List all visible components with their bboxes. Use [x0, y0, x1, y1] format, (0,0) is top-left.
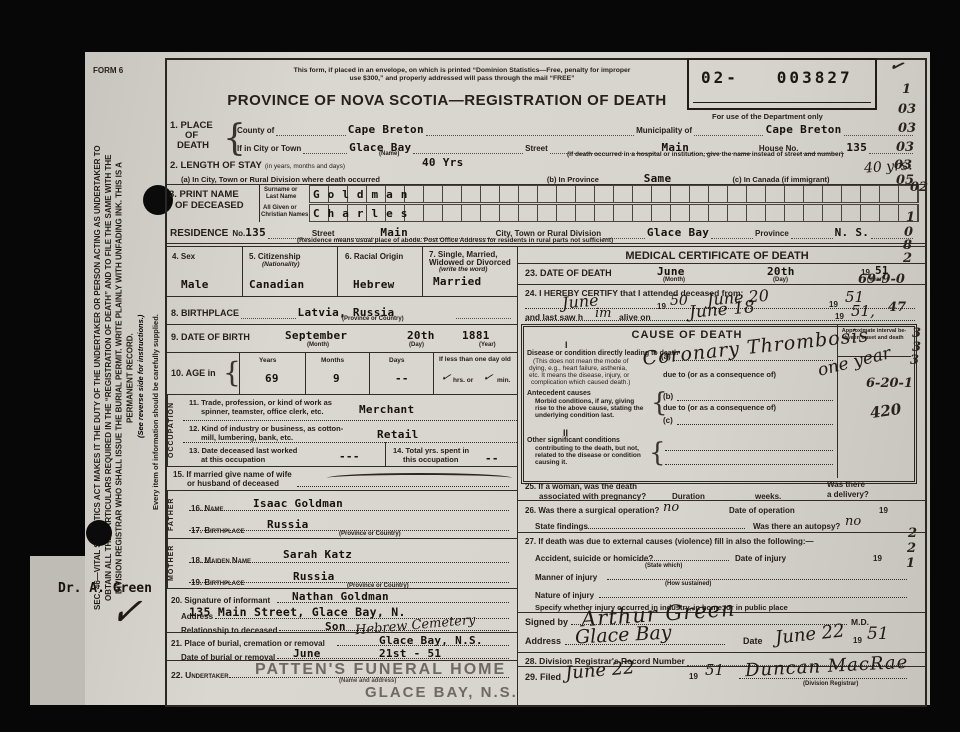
dotted-line: [276, 133, 345, 136]
due-to-2: due to (or as a consequence of): [663, 403, 776, 412]
manner-label: Manner of injury: [535, 573, 597, 582]
margin-note: 03: [898, 102, 916, 117]
injury-date-label: Date of injury: [735, 554, 786, 563]
field14-label-l2: this occupation: [403, 455, 458, 464]
accident-label: Accident, suicide or homicide?: [535, 554, 653, 563]
county-value: Cape Breton: [348, 123, 424, 136]
residence-province-value: N. S.: [835, 226, 870, 239]
field26-label: 26. Was there a surgical operation?: [525, 506, 659, 515]
county-line: County of Cape Breton Municipality of Ca…: [237, 123, 915, 136]
margin-note: 1: [906, 556, 915, 571]
field6-label: 6. Racial Origin: [345, 252, 403, 261]
due-to-1: due to (or as a consequence of): [663, 370, 776, 379]
margin-note: 02: [910, 180, 928, 195]
label: Municipality of: [636, 126, 692, 135]
divider: [277, 602, 509, 603]
father-name-value: Isaac Goldman: [253, 497, 343, 510]
last-worked-value: ---: [339, 450, 360, 463]
disease-l2: (This does not mean the mode of: [533, 358, 628, 365]
year-pre: 19: [879, 506, 888, 515]
divider: [167, 246, 925, 247]
municipality-value: Cape Breton: [765, 123, 841, 136]
divider: [167, 352, 517, 353]
disease-l3: dying, e.g., heart failure, asthenia,: [529, 365, 627, 372]
field29-label: 29. Filed: [525, 672, 561, 682]
disease-l5: complication which caused death.): [531, 379, 630, 386]
month-note: (Month): [307, 342, 329, 348]
label: (b) In Province: [547, 175, 599, 184]
divider: [517, 652, 925, 653]
divider: [607, 579, 907, 580]
year-pre: 19: [657, 302, 666, 311]
blank-squiggle: [327, 473, 512, 481]
state-which-note: (State which): [645, 563, 682, 569]
surname-label2: Last Name: [266, 194, 296, 200]
dotted-line: [711, 236, 753, 239]
divider: [517, 263, 925, 264]
field10-label: 10. AGE in: [171, 368, 216, 378]
antecedent-l1: Antecedent causes: [527, 390, 591, 397]
divider: [167, 324, 517, 325]
sign-date-label: Date: [743, 636, 763, 646]
field3-label-l2: OF DECEASED: [175, 200, 244, 211]
field7-paren: (write the word): [439, 266, 487, 273]
label: RESIDENCE: [170, 228, 228, 239]
death-day-note: (Day): [773, 277, 788, 283]
sign-year-hw: 51: [867, 624, 889, 644]
mail-notice-line1: This form, if placed in an envelope, on …: [262, 67, 662, 74]
year-pre: 19: [873, 554, 882, 563]
day-note: (Day): [409, 342, 424, 348]
last-seen-date-hw: June 18: [688, 297, 755, 323]
medical-certificate-title: MEDICAL CERTIFICATE OF DEATH: [527, 250, 907, 262]
field27-label: 27. If death was due to external causes …: [525, 537, 814, 546]
sex-value: Male: [181, 278, 209, 291]
field1-label-l3: DEATH: [177, 140, 209, 151]
divider: [677, 400, 833, 401]
division-registrar-note: (Division Registrar): [803, 681, 858, 687]
operation-hw: no: [663, 500, 679, 515]
dotted-line: [791, 236, 833, 239]
supply-note: Every item of information should be care…: [151, 202, 160, 622]
hrs-label: hrs. or: [453, 377, 473, 384]
field9-label: 9. DATE OF BIRTH: [171, 332, 250, 342]
divider: [167, 394, 517, 395]
divider: [297, 486, 509, 487]
label: 8. BIRTHPLACE: [171, 308, 239, 318]
punch-hole-bottom: [86, 520, 112, 546]
less-than-day-label: If less than one day old: [439, 356, 511, 363]
hospital-note: (If death occurred in a hospital or inst…: [567, 151, 843, 158]
divider: [665, 464, 833, 465]
registration-number-box: 02- 003827: [687, 58, 877, 110]
divider: [167, 588, 517, 589]
divider: [189, 562, 509, 563]
field22-label: 22. Undertaker: [171, 670, 229, 680]
margin-code-note: 6-20-1: [866, 376, 913, 391]
last-seen-year-hw: 51,: [851, 302, 875, 320]
divider: [305, 352, 306, 394]
house-number-value: 135: [846, 141, 867, 154]
father-bp-note: (Province or Country): [339, 531, 401, 537]
divider: [167, 296, 517, 297]
how-sustained-note: (How sustained): [665, 581, 711, 587]
reverse-side-note: (See reverse side for instructions.): [136, 144, 145, 608]
divider: [599, 597, 907, 598]
registration-form: This form, if placed in an envelope, on …: [165, 58, 927, 707]
field12-label-l1: 12. Kind of industry or business, as cot…: [189, 424, 343, 433]
field14-label-l1: 14. Total yrs. spent in: [393, 446, 469, 455]
nature-label: Nature of injury: [535, 591, 594, 600]
years-label: Years: [259, 357, 276, 364]
other-brace: {: [649, 438, 666, 468]
filed-year-hw: 51: [705, 661, 724, 679]
given-value: Charles: [313, 207, 415, 220]
margin-note: 2: [903, 251, 912, 266]
field16-label: 16. Name: [191, 504, 223, 513]
label: (a) In City, Town or Rural Division wher…: [181, 175, 380, 184]
roman-one: I: [565, 340, 568, 350]
residence-city-value: Glace Bay: [647, 226, 709, 239]
industry-value: Retail: [377, 428, 419, 441]
year-pre: 19: [689, 672, 698, 681]
other-l2: contributing to the death, but not,: [535, 445, 639, 452]
field3-label-l1: 3. PRINT NAME: [169, 189, 239, 200]
divider: [167, 243, 925, 244]
divider: [167, 466, 517, 467]
birthplace-note: (Province or Country): [342, 316, 404, 322]
field18-label: 18. Maiden Name: [191, 556, 251, 565]
divider: [167, 490, 517, 491]
field20-label: 20. Signature of informant: [171, 596, 270, 605]
autopsy-hw: no: [845, 514, 861, 529]
field13-label-l1: 13. Date deceased last worked: [189, 446, 297, 455]
mail-notice-line2: use $300,” and properly addressed will p…: [262, 75, 662, 82]
label: 2. LENGTH OF STAY: [170, 160, 262, 171]
surname-value: Goldman: [313, 188, 415, 201]
divider: [517, 532, 925, 533]
length-of-stay-value: 40 Yrs: [422, 156, 464, 169]
dotted-line: [303, 151, 347, 154]
field23-label: 23. DATE OF DEATH: [525, 268, 612, 278]
department-note: For use of the Department only: [712, 112, 823, 121]
divider: [337, 645, 509, 646]
field15-label-l2: or husband of deceased: [187, 479, 279, 488]
divider: [517, 500, 925, 501]
attended-from-hw: June: [561, 290, 599, 312]
divider: [739, 678, 907, 679]
divider: [337, 246, 338, 296]
death-registration-scan: FORM 6 SEC. 46—VITAL STATISTICS ACT MAKE…: [0, 0, 960, 732]
divider: [385, 442, 386, 466]
delivery-label-l1: Was there: [827, 480, 865, 489]
given-label: All Given or: [263, 205, 297, 211]
scan-corner-patch: [30, 556, 86, 705]
birth-year-value: 1881: [462, 329, 490, 342]
disease-l4: etc. It means the disease, injury, or: [529, 372, 629, 379]
mother-vertical-label: MOTHER: [167, 538, 184, 588]
birth-month-value: September: [285, 329, 347, 342]
divider: [585, 528, 745, 529]
label: State findings: [535, 522, 588, 531]
age-days-value: --: [395, 372, 409, 385]
divider: [433, 352, 434, 394]
margin-note: 3: [912, 326, 921, 341]
divider: [167, 538, 517, 539]
divider: [259, 184, 260, 222]
antecedent-l2: Morbid conditions, if any, giving: [535, 398, 634, 405]
label: Street: [525, 144, 548, 153]
physician-address-label: Address: [525, 636, 561, 646]
margin-note: 3: [910, 353, 919, 368]
occupation-vertical-label: OCCUPATION: [167, 394, 184, 466]
divider: [693, 102, 871, 103]
marital-status-value: Married: [433, 275, 481, 288]
field2-label: 2. LENGTH OF STAY (in years, months and …: [170, 160, 345, 171]
residence-no-value: 135: [245, 226, 266, 239]
registration-number: 02- 003827: [701, 68, 875, 87]
from-year-hw: 50: [670, 293, 688, 309]
field12-label-l2: mill, lumbering, bank, etc.: [201, 433, 293, 442]
dotted-line: [241, 316, 296, 319]
divider: [277, 658, 509, 659]
dotted-line: [426, 133, 634, 136]
margin-note: 03: [896, 140, 914, 155]
form-title: PROVINCE OF NOVA SCOTIA—REGISTRATION OF …: [187, 92, 707, 109]
age-months-value: 9: [333, 372, 340, 385]
divider: [665, 450, 833, 451]
label: (c) In Canada (if immigrant): [732, 175, 829, 184]
divider: [639, 560, 729, 561]
him-hw: im: [595, 306, 612, 321]
autopsy-label: Was there an autopsy?: [753, 522, 840, 531]
margin-note: 1: [906, 210, 915, 225]
form-number: FORM 6: [93, 66, 123, 75]
divider: [369, 352, 370, 394]
divider: [189, 510, 509, 511]
hrs-checkmark: ✓: [440, 369, 453, 385]
year-pre: 19: [853, 636, 862, 645]
label-paren: (in years, months and days): [265, 163, 345, 170]
divider: [517, 246, 518, 705]
field25-label-l1: 25. If a woman, was the death: [525, 482, 637, 491]
name-note: (Name): [379, 151, 399, 157]
divider: [239, 352, 240, 394]
cause-c-label: (c): [663, 416, 673, 425]
other-l1: Other significant conditions: [527, 437, 620, 444]
label: County of: [237, 126, 274, 135]
dotted-line: [694, 133, 763, 136]
label: No.: [232, 229, 245, 238]
birth-day-value: 20th: [407, 329, 435, 342]
father-vertical-label: FATHER: [167, 490, 184, 538]
field15-label-l1: 15. If married give name of wife: [173, 470, 292, 479]
other-l4: causing it.: [535, 459, 567, 466]
dotted-line: [413, 151, 523, 154]
field11-label-l2: spinner, teamster, office clerk, etc.: [201, 407, 324, 416]
margin-note: 47: [888, 300, 906, 315]
occupation-value: Merchant: [359, 403, 414, 416]
margin-note: 2: [908, 526, 917, 541]
antecedent-l3: rise to the above cause, stating the: [535, 405, 643, 412]
divider: [183, 442, 517, 443]
year-note: (Year): [479, 342, 496, 348]
death-month-note: (Month): [663, 277, 685, 283]
cause-b-label: (b): [663, 392, 673, 401]
field13-label-l2: at this occupation: [201, 455, 265, 464]
total-years-value: --: [485, 452, 499, 465]
document-paper: FORM 6 SEC. 46—VITAL STATISTICS ACT MAKE…: [85, 52, 930, 705]
margin-note: 1: [902, 82, 911, 97]
given-label2: Christian Names: [261, 212, 308, 218]
other-l3: related to the disease or condition: [535, 452, 641, 459]
margin-note: 03: [894, 158, 912, 173]
racial-origin-value: Hebrew: [353, 278, 395, 291]
field5-paren: (Nationality): [262, 261, 300, 268]
surname-label: Surname or: [264, 187, 297, 193]
signed-by-label: Signed by: [525, 617, 568, 627]
relationship-label: Relationship to deceased: [181, 626, 277, 635]
divider: [167, 632, 517, 633]
mother-name-value: Sarah Katz: [283, 548, 352, 561]
divider: [525, 320, 915, 321]
delivery-label-l2: a delivery?: [827, 490, 869, 499]
findings-line: State findings: [535, 522, 588, 531]
undertaker-city-stamp: GLACE BAY, N.S.: [365, 684, 518, 701]
margin-note: 2: [907, 541, 916, 556]
divider: [677, 424, 833, 425]
min-label: min.: [497, 377, 510, 384]
margin-age-note: 69-9-0: [858, 272, 905, 287]
age-years-value: 69: [265, 372, 279, 385]
divider: [565, 644, 725, 645]
dotted-line: [456, 316, 511, 319]
months-label: Months: [321, 357, 344, 364]
divider: [183, 420, 517, 421]
field5-label: 5. Citizenship: [249, 252, 301, 261]
days-label: Days: [389, 357, 405, 364]
field11-label-l1: 11. Trade, profession, or kind of work a…: [189, 398, 329, 407]
min-checkmark: ✓: [482, 369, 495, 385]
antecedent-l4: underlying condition last.: [535, 412, 614, 419]
margin-note: 03: [898, 121, 916, 136]
operation-date-label: Date of operation: [729, 506, 795, 515]
divider: [422, 246, 423, 296]
field4-label: 4. Sex: [172, 252, 195, 261]
citizenship-value: Canadian: [249, 278, 304, 291]
informant-address-value: 135 Main Street, Glace Bay, N.: [189, 605, 406, 619]
label: Province: [755, 229, 789, 238]
label: If in City or Town: [237, 144, 301, 153]
divider: [242, 246, 243, 296]
